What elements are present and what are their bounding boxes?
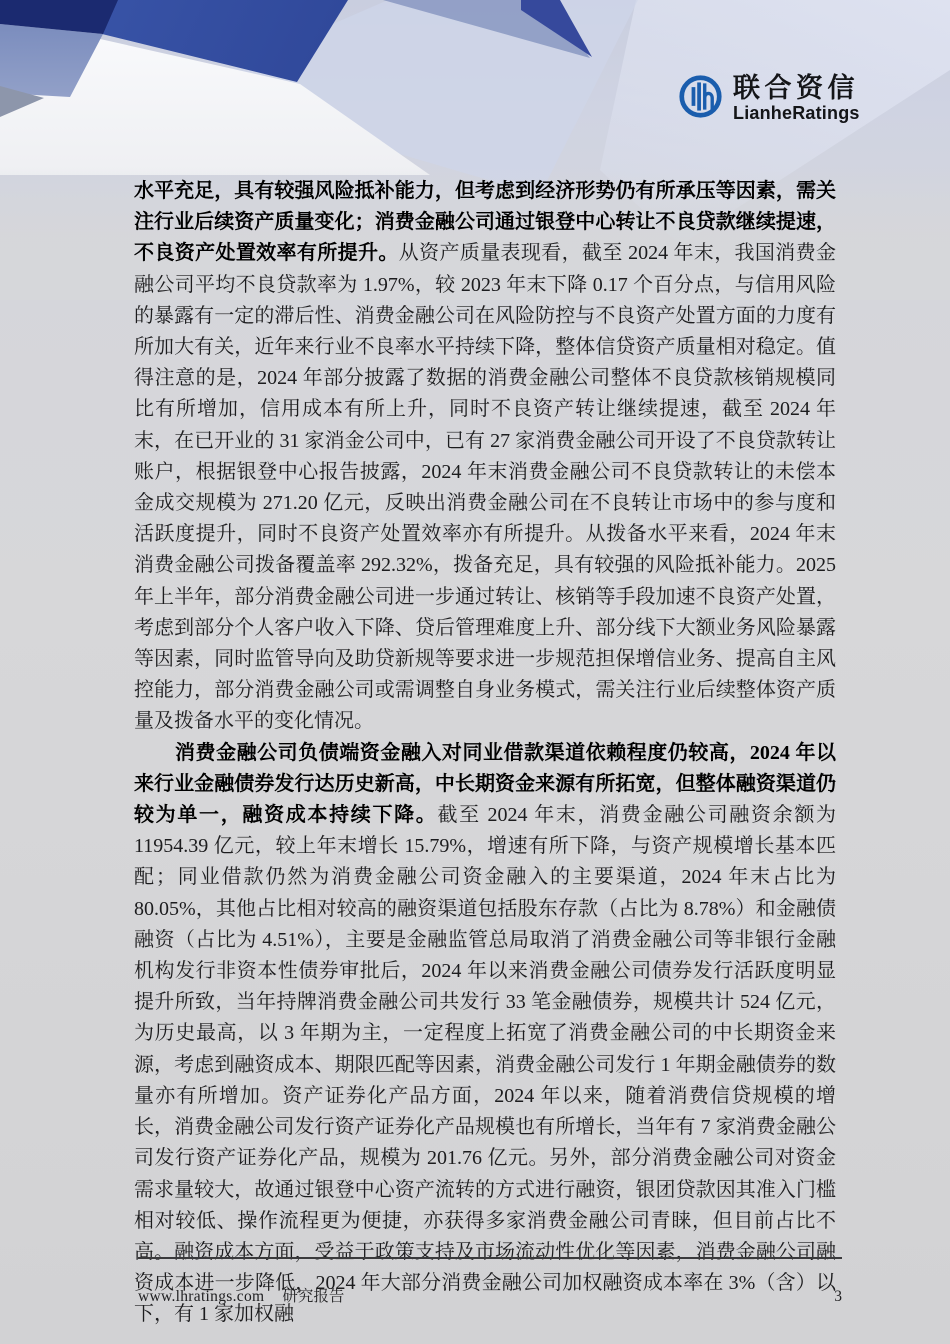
paragraph-body-text: 从资产质量表现看，截至 2024 年末，我国消费金融公司平均不良贷款率为 1.9… [134,242,836,732]
brand-logo: 联合资信 LianheRatings [678,74,860,124]
lianhe-logo-icon [678,74,723,124]
footer-report-label: 研究报告 [282,1284,344,1306]
footer-website: www.lhratings.com [138,1288,264,1306]
footer: www.lhratings.com 研究报告 3 [138,1284,842,1306]
paragraph-funding: 消费金融公司负债端资金融入对同业借款渠道依赖程度仍较高，2024 年以来行业金融… [134,738,836,1331]
document-body: 水平充足，具有较强风险抵补能力，但考虑到经济形势仍有所承压等因素，需关注行业后续… [134,176,836,1331]
paragraph-body-text: 截至 2024 年末，消费金融公司融资余额为 11954.39 亿元，较上年末增… [134,804,836,1325]
brand-name-en: LianheRatings [733,103,860,123]
footer-divider [138,1257,842,1259]
page-number: 3 [834,1288,842,1306]
footer-left: www.lhratings.com 研究报告 [138,1284,344,1306]
brand-text: 联合资信 LianheRatings [733,74,860,123]
brand-name-cn: 联合资信 [733,74,860,103]
paragraph-asset-quality: 水平充足，具有较强风险抵补能力，但考虑到经济形势仍有所承压等因素，需关注行业后续… [134,176,836,738]
